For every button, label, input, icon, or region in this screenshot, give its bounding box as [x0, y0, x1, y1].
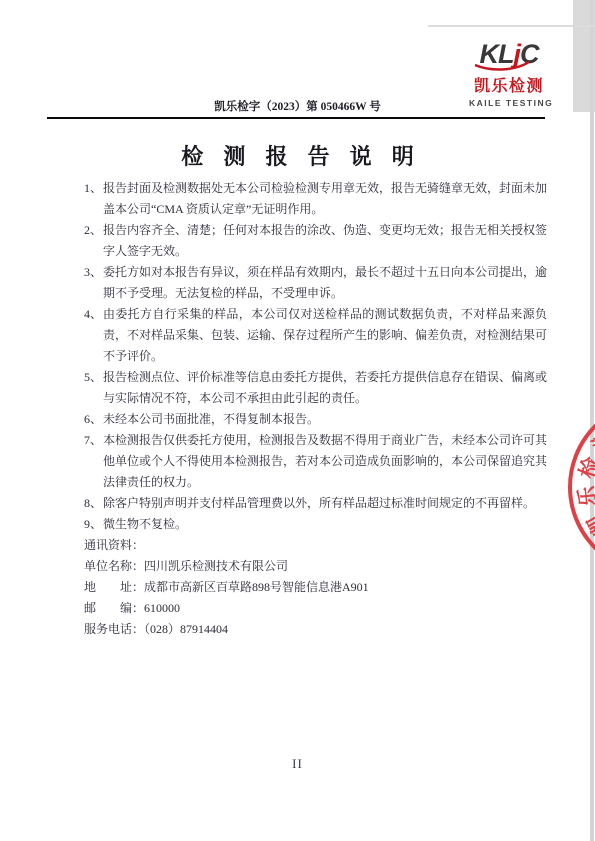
- seam-stamp-icon: 四川凯乐检测技术有限公司: [556, 387, 595, 587]
- note-item: 8、 除客户特别声明并支付样品管理费以外，所有样品超过标准时间规定的不再留样。: [84, 493, 547, 514]
- contact-row: 邮 编：610000: [84, 598, 547, 619]
- note-text: 微生物不复检。: [103, 514, 547, 535]
- contact-row: 单位名称：四川凯乐检测技术有限公司: [84, 556, 547, 577]
- contact-label: 单位名称：: [84, 559, 144, 573]
- seam-stamp: 四川凯乐检测技术有限公司: [556, 387, 595, 592]
- note-text: 委托方如对本报告有异议，须在样品有效期内，最长不超过十五日向本公司提出，逾期不予…: [103, 262, 547, 304]
- report-body: 1、 报告封面及检测数据处无本公司检验检测专用章无效，报告无骑缝章无效，封面未加…: [84, 178, 547, 640]
- contact-value: 成都市高新区百草路898号智能信息港A901: [144, 580, 369, 594]
- document-number: 凯乐检字（2023）第 050466W 号: [0, 98, 595, 114]
- logo-cn-name: 凯乐检测: [469, 73, 549, 96]
- note-number: 9、: [84, 514, 103, 535]
- note-item: 3、 委托方如对本报告有异议，须在样品有效期内，最长不超过十五日向本公司提出，逾…: [84, 262, 547, 304]
- note-number: 6、: [84, 409, 103, 430]
- contact-label: 邮 编：: [84, 601, 144, 615]
- note-item: 1、 报告封面及检测数据处无本公司检验检测专用章无效，报告无骑缝章无效，封面未加…: [84, 178, 547, 220]
- contact-row: 服务电话：（028）87914404: [84, 619, 547, 640]
- contact-label: 地 址：: [84, 580, 144, 594]
- report-page: KLjC 凯乐检测 KAILE TESTING 凯乐检字（2023）第 0504…: [0, 0, 595, 841]
- note-number: 4、: [84, 304, 103, 367]
- contact-label: 服务电话：: [84, 622, 144, 636]
- contact-heading: 通讯资料：: [84, 535, 547, 556]
- note-text: 本检测报告仅供委托方使用，检测报告及数据不得用于商业广告，未经本公司许可其他单位…: [103, 430, 547, 493]
- note-item: 5、 报告检测点位、评价标准等信息由委托方提供，若委托方提供信息存在错误、偏离或…: [84, 367, 547, 409]
- header-rule: [47, 117, 545, 119]
- note-text: 报告检测点位、评价标准等信息由委托方提供，若委托方提供信息存在错误、偏离或与实际…: [103, 367, 547, 409]
- contact-value: 610000: [144, 601, 180, 615]
- note-text: 报告封面及检测数据处无本公司检验检测专用章无效，报告无骑缝章无效，封面未加盖本公…: [103, 178, 547, 220]
- logo-wordmark: KLjC: [469, 41, 549, 68]
- notes-list: 1、 报告封面及检测数据处无本公司检验检测专用章无效，报告无骑缝章无效，封面未加…: [84, 178, 547, 535]
- note-text: 报告内容齐全、清楚；任何对本报告的涂改、伪造、变更均无效；报告无相关授权签字人签…: [103, 220, 547, 262]
- note-number: 1、: [84, 178, 103, 220]
- note-text: 除客户特别声明并支付样品管理费以外，所有样品超过标准时间规定的不再留样。: [103, 493, 547, 514]
- note-item: 6、 未经本公司书面批准，不得复制本报告。: [84, 409, 547, 430]
- scan-artifact-top-line: [428, 25, 595, 27]
- note-number: 2、: [84, 220, 103, 262]
- logo-swoosh-icon: [473, 61, 531, 72]
- contact-row: 地 址：成都市高新区百草路898号智能信息港A901: [84, 577, 547, 598]
- note-item: 7、 本检测报告仅供委托方使用，检测报告及数据不得用于商业广告，未经本公司许可其…: [84, 430, 547, 493]
- note-number: 7、: [84, 430, 103, 493]
- contact-value: 四川凯乐检测技术有限公司: [144, 559, 288, 573]
- note-number: 5、: [84, 367, 103, 409]
- note-text: 未经本公司书面批准，不得复制本报告。: [103, 409, 547, 430]
- contact-section: 通讯资料： 单位名称：四川凯乐检测技术有限公司 地 址：成都市高新区百草路898…: [84, 535, 547, 640]
- contact-value: （028）87914404: [144, 622, 228, 636]
- note-number: 3、: [84, 262, 103, 304]
- note-item: 4、 由委托方自行采集的样品，本公司仅对送检样品的测试数据负责，不对样品来源负责…: [84, 304, 547, 367]
- note-item: 9、 微生物不复检。: [84, 514, 547, 535]
- note-number: 8、: [84, 493, 103, 514]
- note-text: 由委托方自行采集的样品，本公司仅对送检样品的测试数据负责，不对样品来源负责，不对…: [103, 304, 547, 367]
- page-title: 检 测 报 告 说 明: [0, 140, 595, 171]
- page-number: II: [0, 756, 595, 772]
- note-item: 2、 报告内容齐全、清楚；任何对本报告的涂改、伪造、变更均无效；报告无相关授权签…: [84, 220, 547, 262]
